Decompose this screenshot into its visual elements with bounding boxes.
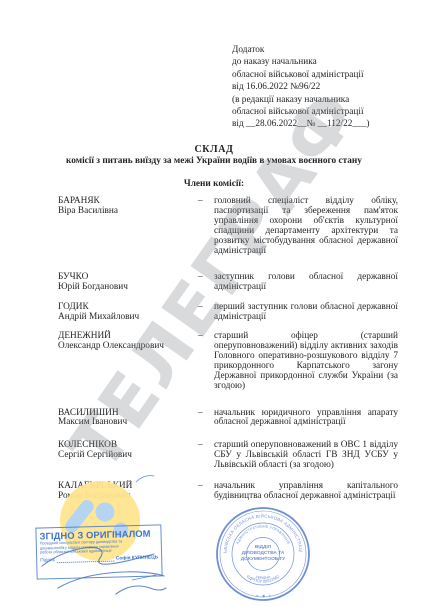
member-given-name: Олександр Олександрович <box>58 342 198 352</box>
member-role: перший заступник голови обласної державн… <box>214 303 398 323</box>
document-header-block: Додаток до наказу начальника обласної ві… <box>232 44 418 131</box>
member-row: ВАСИЛИШИН Максим Іванович – начальник юр… <box>58 409 398 429</box>
dash-separator: – <box>198 441 214 471</box>
member-name: КОЛЕСНІКОВ Сергій Сергійович <box>58 441 198 471</box>
member-given-name: Андрій Михайлович <box>58 313 198 323</box>
member-role: старший офіцер (старший оперуповноважени… <box>214 332 398 391</box>
member-row: ДЕНЕЖНИЙ Олександр Олександрович – старш… <box>58 332 398 391</box>
signatory-name: Софія КУЛИНЕЦЬ <box>116 555 158 561</box>
member-given-name: Сергій Сергійович <box>58 451 198 461</box>
member-name: ГОДИК Андрій Михайлович <box>58 303 198 323</box>
header-line: Додаток <box>232 44 418 56</box>
document-subtitle: комісії з питань виїзду за межі України … <box>0 156 428 166</box>
certification-stamp: ЗГІДНО З ОРИГІНАЛОМ Провідний консультан… <box>35 524 162 579</box>
member-row: ГОДИК Андрій Михайлович – перший заступн… <box>58 303 398 323</box>
seal-center-line: ВІДДІЛ <box>255 544 272 550</box>
seal-ring-stars: • ★ • <box>255 593 271 599</box>
member-name: ДЕНЕЖНИЙ Олександр Олександрович <box>58 332 198 391</box>
member-name: ВАСИЛИШИН Максим Іванович <box>58 409 198 429</box>
seal-center-line: ДІЛОВОДСТВА ТА <box>242 550 285 556</box>
dash-separator: – <box>198 482 214 502</box>
member-name: БУЧКО Юрій Богданович <box>58 273 198 293</box>
member-given-name: Віра Василівна <box>58 207 198 217</box>
header-line: (в редакції наказу начальника <box>232 94 418 106</box>
members-section-heading: Члени комісії: <box>0 179 428 189</box>
member-role: старший оперуповноважений в ОВС 1 відділ… <box>214 441 398 471</box>
dash-separator: – <box>198 332 214 391</box>
dash-separator: – <box>198 303 214 323</box>
member-role: начальник юридичного управління апарату … <box>214 409 398 429</box>
header-line: обласної військової адміністрації <box>232 106 418 118</box>
scanned-document-page: Додаток до наказу начальника обласної ві… <box>0 0 428 606</box>
signature-label: Підпис <box>40 558 55 563</box>
members-list: БАРАНЯК Віра Василівна – головний спеціа… <box>58 197 398 502</box>
member-row: КОЛЕСНІКОВ Сергій Сергійович – старший о… <box>58 441 398 471</box>
signature-line <box>57 556 114 562</box>
member-given-name: Юрій Богданович <box>58 283 198 293</box>
member-role: заступник голови обласної державної адмі… <box>214 273 398 293</box>
member-row: БУЧКО Юрій Богданович – заступник голови… <box>58 273 398 293</box>
document-title: СКЛАД <box>0 144 428 155</box>
cert-stamp-signature-row: Підпис Софія КУЛИНЕЦЬ <box>40 555 158 563</box>
header-line: обласної військової адміністрації <box>232 69 418 81</box>
signature-stroke <box>116 586 166 594</box>
seal-center-line: ДОКУМЕНТООБІГУ <box>241 556 287 562</box>
dash-separator: – <box>198 273 214 293</box>
member-row: БАРАНЯК Віра Василівна – головний спеціа… <box>58 197 398 256</box>
dash-separator: – <box>198 197 214 256</box>
member-given-name: Максим Іванович <box>58 418 198 428</box>
logo-dot-large <box>96 503 115 522</box>
round-seal: ЛЬВІВСЬКА ОБЛАСНА ВІЙСЬКОВА АДМІНІСТРАЦІ… <box>215 506 311 602</box>
dash-separator: – <box>198 409 214 429</box>
header-line: до наказу начальника <box>232 56 418 68</box>
seal-inner-ring-text: АДМІНІСТРАТИВНЕ УПРАВЛІННЯ <box>236 524 291 544</box>
member-role: начальник управління капітального будівн… <box>214 482 398 502</box>
member-name: БАРАНЯК Віра Василівна <box>58 197 198 256</box>
member-role: головний спеціаліст відділу обліку, пасп… <box>214 197 398 256</box>
header-line: від 16.06.2022 №96/22 <box>232 81 418 93</box>
header-line: від __28.06.2022__№ __112/22___) <box>232 118 418 130</box>
